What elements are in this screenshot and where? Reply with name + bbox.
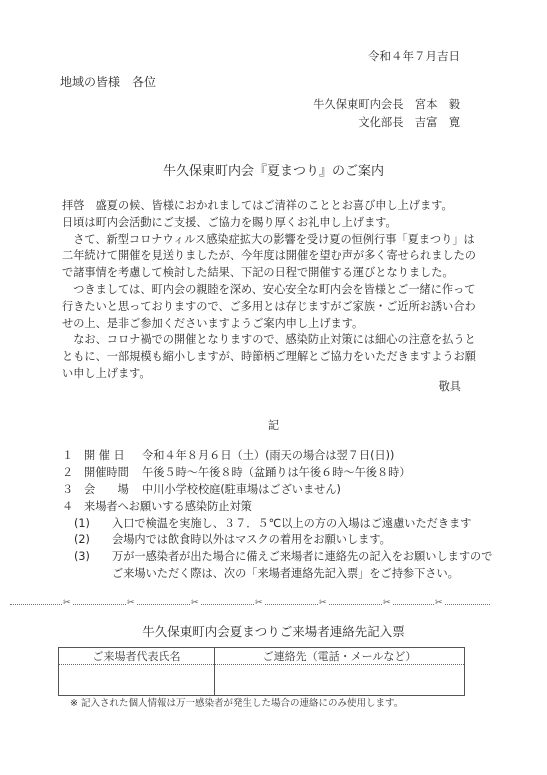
body-line: せの上、是非ご参加くださいますようご案内申し上げます。 — [62, 316, 502, 333]
scissors-icon: ✂ — [126, 597, 136, 609]
form-title: 牛久保東町内会夏まつりご来場者連絡先記入票 — [0, 622, 547, 640]
scissors-icon: ✂ — [382, 597, 392, 609]
item-number: ２ — [62, 465, 84, 482]
scissors-icon: ✂ — [62, 597, 72, 609]
item-value: 午後５時～午後８時（盆踊りは午後６時～午後８時） — [142, 465, 411, 482]
item-number: １ — [62, 448, 84, 465]
body-line: つきましては、町内会の親睦を深め、安心安全な町内会を皆様とご一緒に作って — [62, 282, 502, 299]
sub-item-text: 会場内では飲食時以外はマスクの着用をお願いします。 — [112, 532, 391, 549]
cut-line-divider — [10, 604, 490, 605]
measure-row: (1) 入口で検温を実施し、３７．５℃以上の方の入場はご遠慮いただきます — [62, 516, 492, 533]
letter-body: 拝啓 盛夏の候、皆様におかれましてはご清祥のこととお喜び申し上げます。 日頃は町… — [62, 198, 502, 383]
body-line: で諸事情を考慮して検討した結果、下記の日程で開催する運びとなりました。 — [62, 265, 502, 282]
item-label: 開 催 日 — [84, 448, 142, 465]
body-line: なお、コロナ禍での開催となりますので、感染防止対策には細心の注意を払うと — [62, 332, 502, 349]
name-field[interactable] — [59, 665, 215, 696]
body-line: 行きたいと思っておりますので、ご多用とは存じますがご家族・ご近所お誘い合わ — [62, 299, 502, 316]
measure-row: (2) 会場内では飲食時以外はマスクの着用をお願いします。 — [62, 532, 492, 549]
privacy-note: ※ 記入された個人情報は万一感染者が発生した場合の連絡にのみ使用します。 — [70, 695, 403, 709]
scissors-icon: ✂ — [434, 597, 444, 609]
scissors-icon: ✂ — [254, 597, 264, 609]
item-label: 来場者へお願いする感染防止対策 — [84, 499, 252, 516]
item-number: ４ — [62, 499, 84, 516]
detail-row-venue: ３ 会 場 中川小学校校庭(駐車場はございません) — [62, 482, 492, 499]
item-value: 中川小学校校庭(駐車場はございません) — [142, 482, 341, 499]
body-line: さて、新型コロナウィルス感染症拡大の影響を受け夏の恒例行事「夏まつり」は — [62, 232, 502, 249]
addressee: 地域の皆様 各位 — [60, 73, 156, 90]
event-details: １ 開 催 日 令和４年８月６日（土）(雨天の場合は翌７日(日)) ２ 開催時間… — [62, 448, 492, 583]
sender-culture-head: 文化部長 吉富 寛 — [358, 114, 460, 130]
item-label: 会 場 — [84, 482, 142, 499]
body-line: い申し上げます。 — [62, 366, 502, 383]
measure-continuation: ご来場いただく際は、次の「来場者連絡先記入票」をご持参下さい。 — [62, 566, 492, 583]
item-number: ３ — [62, 482, 84, 499]
detail-row-date: １ 開 催 日 令和４年８月６日（土）(雨天の場合は翌７日(日)) — [62, 448, 492, 465]
scissors-icon: ✂ — [190, 597, 200, 609]
document-title: 牛久保東町内会『夏まつり』のご案内 — [0, 160, 547, 179]
scissors-icon: ✂ — [318, 597, 328, 609]
sub-item-text: 万が一感染者が出た場合に備えご来場者に連絡先の記入をお願いしますので — [112, 549, 492, 566]
closing-keigu: 敬具 — [439, 378, 461, 394]
sub-item-number: (3) — [74, 549, 112, 566]
contact-field[interactable] — [215, 665, 465, 696]
body-line: 二年続けて開催を見送りましたが、今年度は開催を望む声が多く寄せられましたの — [62, 248, 502, 265]
detail-row-measures: ４ 来場者へお願いする感染防止対策 — [62, 499, 492, 516]
body-line: 拝啓 盛夏の候、皆様におかれましてはご清祥のこととお喜び申し上げます。 — [62, 198, 502, 215]
document-date: 令和４年７月吉日 — [368, 48, 460, 64]
measure-row: (3) 万が一感染者が出た場合に備えご来場者に連絡先の記入をお願いしますので — [62, 549, 492, 566]
detail-row-time: ２ 開催時間 午後５時～午後８時（盆踊りは午後６時～午後８時） — [62, 465, 492, 482]
sub-item-number: (1) — [74, 516, 112, 533]
sub-item-number: (2) — [74, 532, 112, 549]
body-line: 日頃は町内会活動にご支援、ご協力を賜り厚くお礼申し上げます。 — [62, 215, 502, 232]
column-header-name: ご来場者代表氏名 — [59, 648, 215, 665]
contact-form-table: ご来場者代表氏名 ご連絡先（電話・メールなど） — [58, 647, 465, 696]
body-line: ともに、一部規模も縮小しますが、時節柄ご理解とご協力をいただきますようお願 — [62, 349, 502, 366]
item-value: 令和４年８月６日（土）(雨天の場合は翌７日(日)) — [142, 448, 394, 465]
sub-item-text: ご来場いただく際は、次の「来場者連絡先記入票」をご持参下さい。 — [112, 566, 459, 583]
sub-item-text: 入口で検温を実施し、３７．５℃以上の方の入場はご遠慮いただきます — [112, 516, 471, 533]
ki-heading: 記 — [0, 417, 547, 433]
item-label: 開催時間 — [84, 465, 142, 482]
sender-chairman: 牛久保東町内会長 宮本 毅 — [313, 96, 460, 112]
column-header-contact: ご連絡先（電話・メールなど） — [215, 648, 465, 665]
